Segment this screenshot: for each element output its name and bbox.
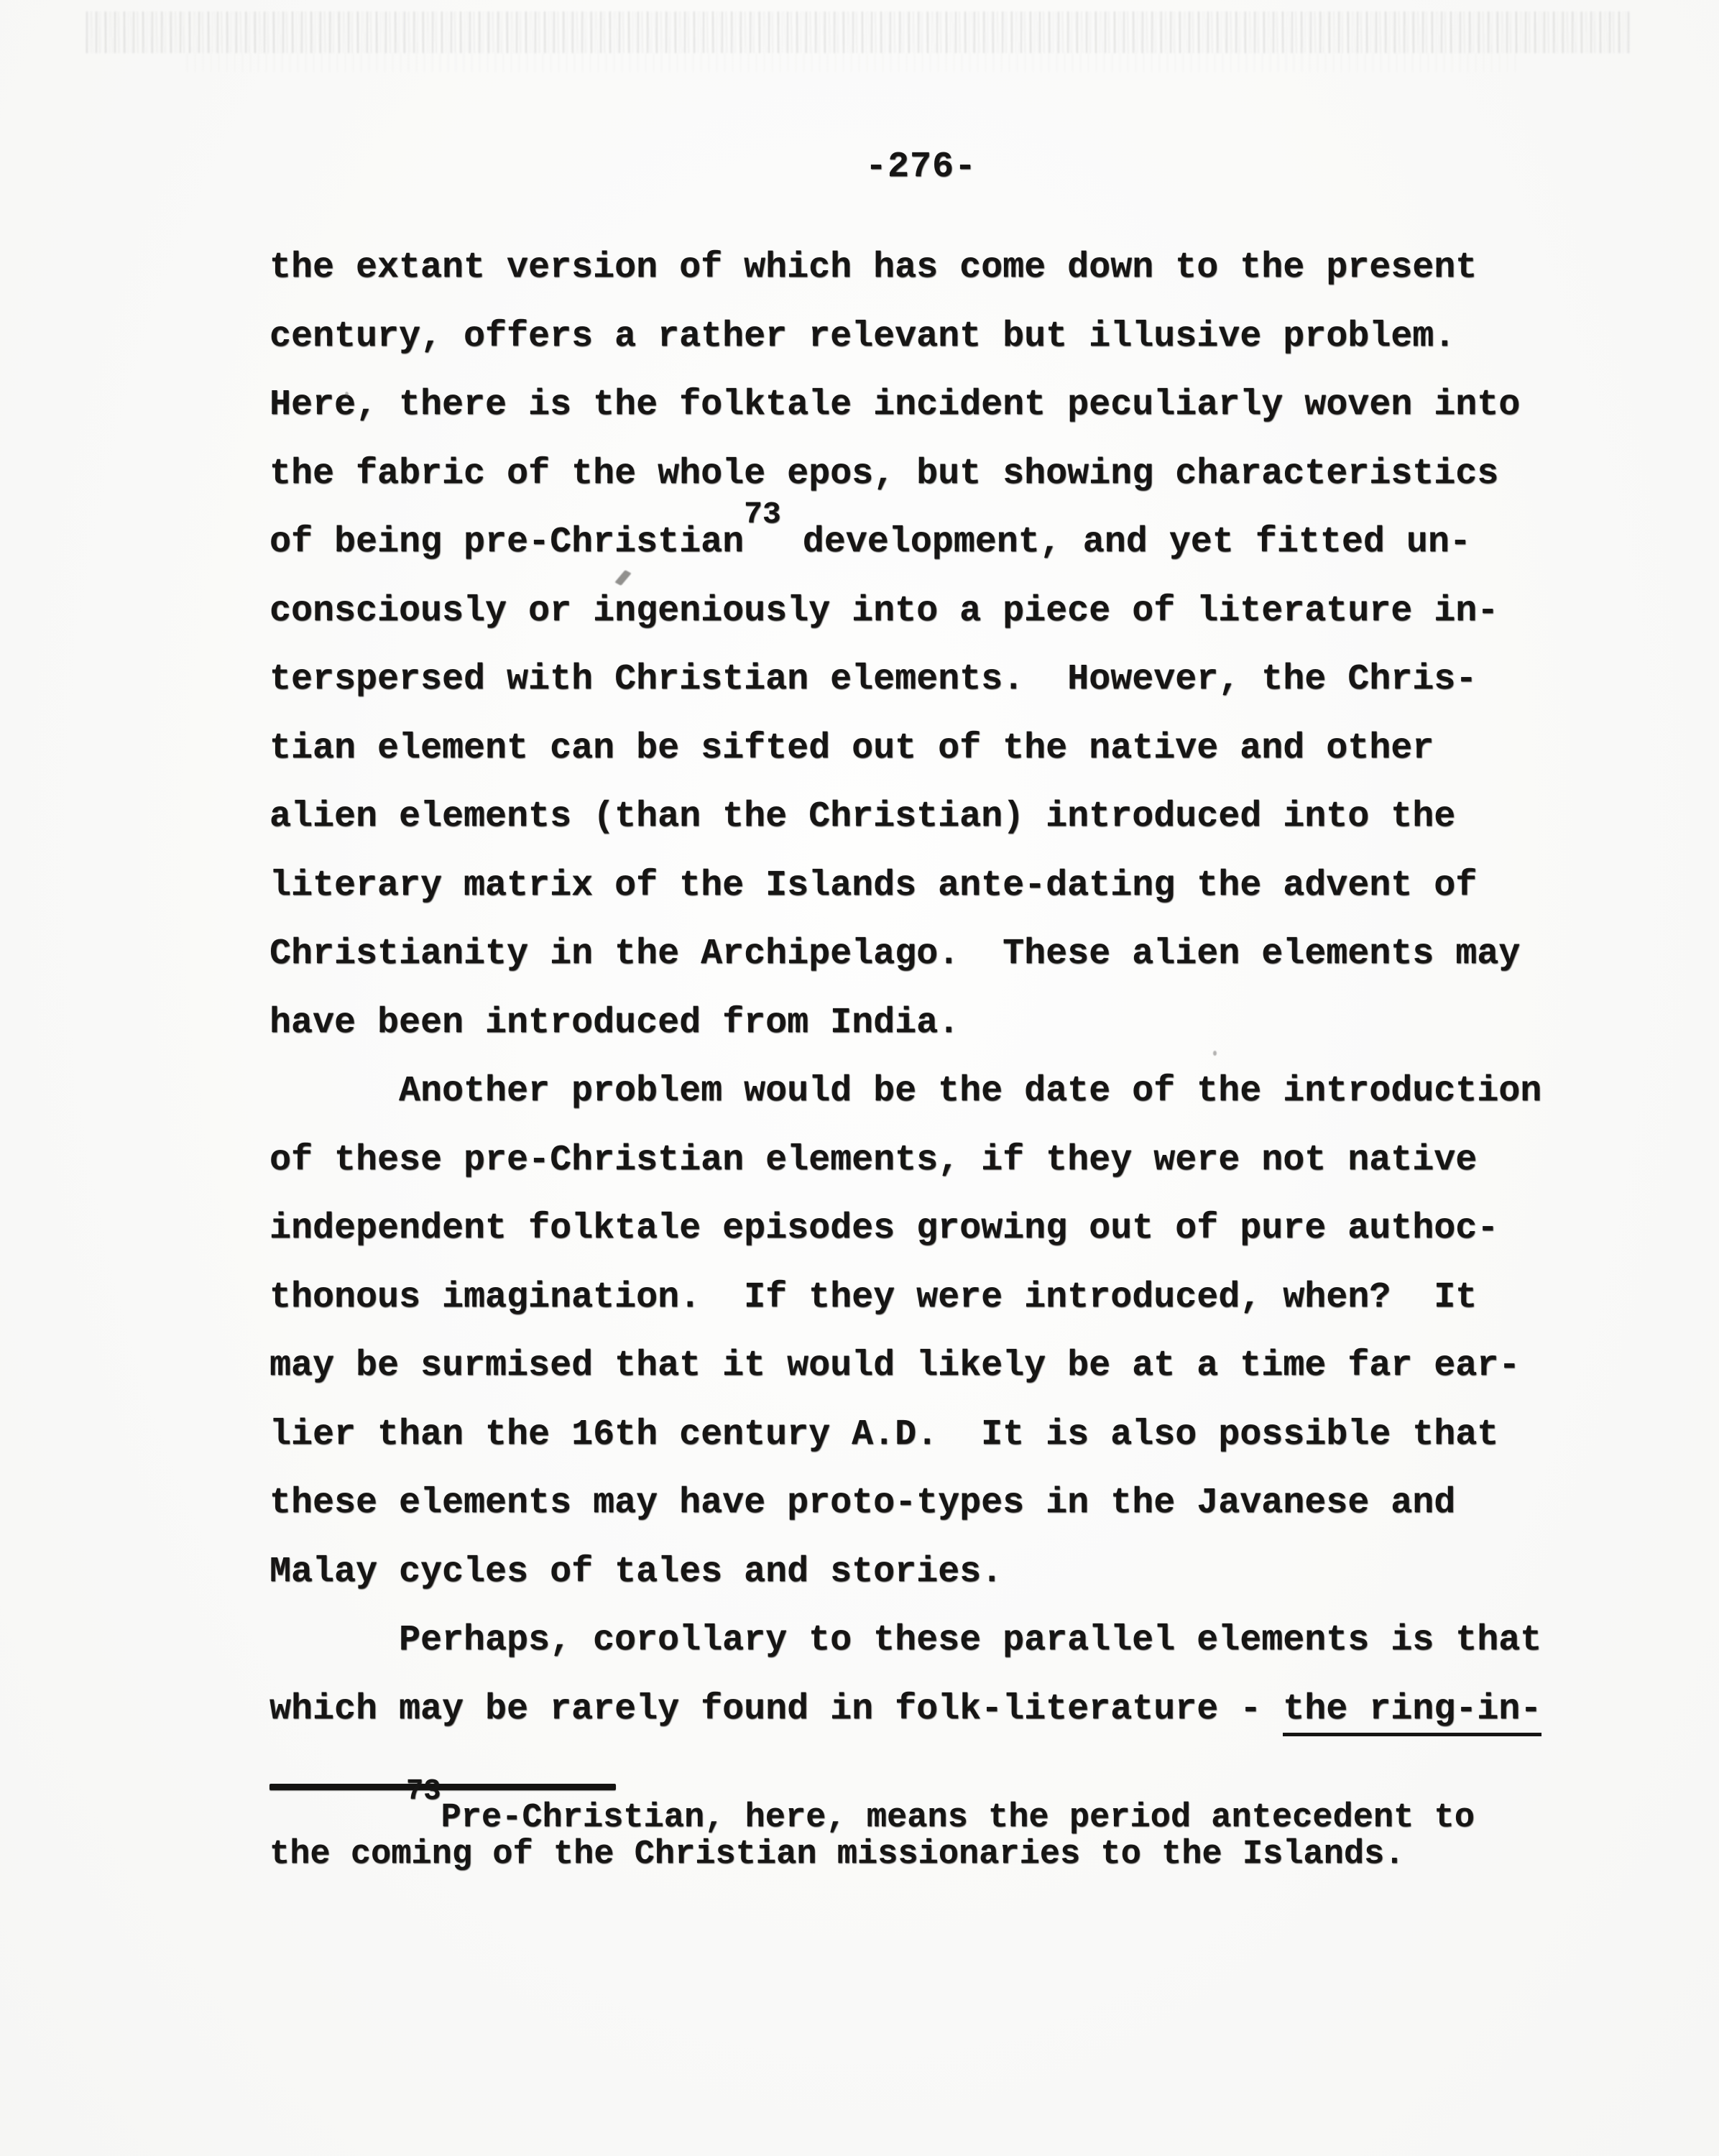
footnote: 73Pre-Christian, here, means the period … <box>269 1784 1570 1873</box>
underlined-phrase: the ring-in- <box>1283 1689 1541 1736</box>
page-number: -276- <box>865 147 977 188</box>
scan-noise-band <box>86 11 1631 53</box>
text-line: of these pre-Christian elements, if they… <box>269 1126 1570 1195</box>
text-line: century, offers a rather relevant but il… <box>269 303 1570 372</box>
text-line: lier than the 16th century A.D. It is al… <box>269 1401 1570 1470</box>
text-line: tian element can be sifted out of the na… <box>269 714 1570 783</box>
footnote-reference-73: 73 <box>744 497 781 532</box>
paragraph-first-line: Perhaps, corollary to these parallel ele… <box>269 1606 1570 1675</box>
footnote-text-segment: Pre-Christian, here, means the period an… <box>441 1799 1475 1837</box>
ink-speck-artifact <box>1213 1051 1217 1056</box>
text-line: literary matrix of the Islands ante-dati… <box>269 852 1570 921</box>
text-segment: of being pre-Christian <box>269 522 744 563</box>
footnote-marker-73: 73 <box>406 1775 441 1808</box>
text-line: Here, there is the folktale incident pec… <box>269 371 1570 440</box>
text-line: consciously or ingeniously into a piece … <box>269 577 1570 646</box>
text-line: terspersed with Christian elements. Howe… <box>269 645 1570 714</box>
text-line: may be surmised that it would likely be … <box>269 1332 1570 1401</box>
footnote-line: 73Pre-Christian, here, means the period … <box>269 1800 1570 1836</box>
text-line-with-footnote-ref: of being pre-Christian73 development, an… <box>269 508 1570 577</box>
text-line: have been introduced from India. <box>269 989 1570 1058</box>
text-line: Christianity in the Archipelago. These a… <box>269 920 1570 989</box>
text-line: these elements may have proto-types in t… <box>269 1469 1570 1538</box>
text-segment: which may be rarely found in folk-litera… <box>269 1689 1283 1730</box>
body-text: the extant version of which has come dow… <box>269 234 1570 1743</box>
ink-speck-artifact <box>345 392 349 397</box>
text-line: independent folktale episodes growing ou… <box>269 1194 1570 1263</box>
text-line: thonous imagination. If they were introd… <box>269 1263 1570 1332</box>
footnote-line: the coming of the Christian missionaries… <box>269 1836 1570 1873</box>
text-segment: development, and yet fitted un- <box>781 522 1471 563</box>
footnote-separator-rule <box>269 1784 616 1790</box>
text-line: the fabric of the whole epos, but showin… <box>269 440 1570 509</box>
text-line: Malay cycles of tales and stories. <box>269 1538 1570 1607</box>
scan-noise-band-secondary <box>187 53 1516 72</box>
text-line-with-underline: which may be rarely found in folk-litera… <box>269 1675 1570 1744</box>
paragraph-first-line: Another problem would be the date of the… <box>269 1057 1570 1126</box>
text-line: the extant version of which has come dow… <box>269 234 1570 303</box>
text-line: alien elements (than the Christian) intr… <box>269 783 1570 852</box>
document-page: -276- the extant version of which has co… <box>0 0 1719 2156</box>
